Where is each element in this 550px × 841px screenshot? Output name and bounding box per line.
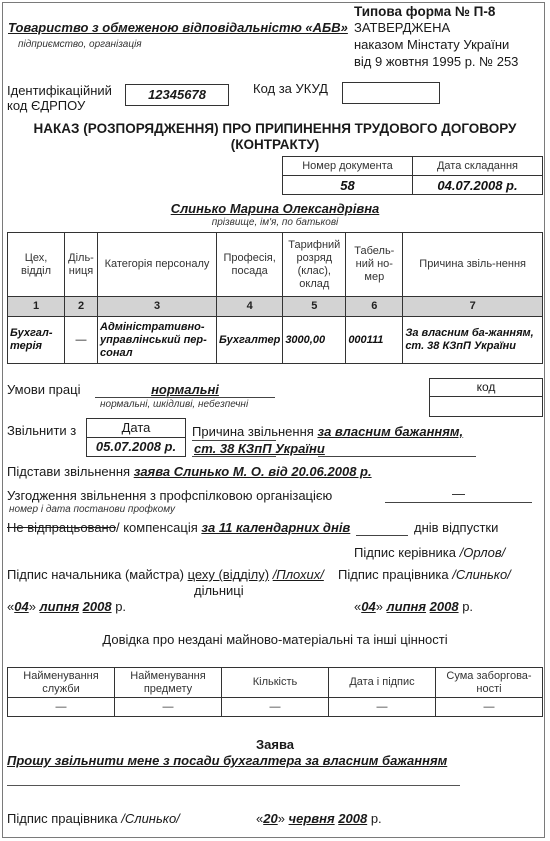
doc-info-table: Номер документа Дата складання 58 04.07.… [282,156,543,195]
ukud-field[interactable] [342,82,440,104]
cell-position[interactable]: Бухгалтер [217,317,283,364]
property-cell[interactable]: — [115,698,222,717]
header-section: Діль-ниця [65,233,98,297]
col-number: 4 [217,297,283,317]
chief-sign-unit: цеху (відділу) [188,567,269,582]
edrpou-field[interactable]: 12345678 [125,84,229,106]
order-title-line1: НАКАЗ (РОЗПОРЯДЖЕННЯ) ПРО ПРИПИНЕННЯ ТРУ… [0,121,550,136]
application-sign-value[interactable]: /Слинько/ [121,811,180,826]
property-header-service: Найменування служби [8,668,115,698]
dismiss-date-value[interactable]: 05.07.2008 р. [86,437,186,457]
chief-sign-label: Підпис начальника (майстра) [7,567,184,582]
employee-name[interactable]: Слинько Марина Олександрівна [0,201,550,216]
grounds-label: Підстави звільнення [7,464,130,479]
header-salary: Тарифний розряд (клас), оклад [283,233,346,297]
approved-by: наказом Мінстату України [354,37,509,52]
approved-date: від 9 жовтня 1995 р. № 253 [354,54,518,69]
compensation-value[interactable]: за 11 календарних днів [201,520,350,535]
chief-day[interactable]: 04 [14,599,28,614]
manager-sign-value[interactable]: /Орлов/ [460,545,506,560]
union-value[interactable]: — [385,486,532,501]
application-sign-label: Підпис працівника [7,811,118,826]
header-category: Категорія персоналу [98,233,217,297]
cell-department[interactable]: Бухгал-терія [8,317,65,364]
reason-label: Причина звільнення за власним бажанням, [192,424,463,439]
manager-sign: Підпис керівника /Орлов/ [354,545,505,560]
chief-year-suffix: р. [115,599,126,614]
cell-category[interactable]: Адміністративно-управлінський пер-сонал [98,317,217,364]
cell-tab-number[interactable]: 000111 [346,317,403,364]
grounds-value[interactable]: заява Слинько М. О. від 20.06.2008 р. [134,464,372,479]
chief-year[interactable]: 2008 [83,599,112,614]
manager-sign-label: Підпис керівника [354,545,456,560]
cell-salary[interactable]: 3000,00 [283,317,346,364]
application-year[interactable]: 2008 [338,811,367,826]
chief-sign: Підпис начальника (майстра) цеху (відділ… [7,567,324,582]
header-position: Професія, посада [217,233,283,297]
property-header-quantity: Кількість [222,668,329,698]
worker-month[interactable]: липня [387,599,426,614]
col-number: 7 [403,297,543,317]
union-caption: номер і дата постанови профкому [9,504,175,515]
code-field[interactable] [429,396,543,417]
dismiss-label: Звільнити з [7,423,76,438]
application-date: «20» червня 2008 р. [256,811,382,826]
conditions-caption: нормальні, шкідливі, небезпечні [100,399,248,410]
application-text[interactable]: Прошу звільнити мене з посади бухгалтера… [7,753,447,768]
chief-sign-unit-alt: дільниці [194,583,244,598]
col-number: 2 [65,297,98,317]
chief-month[interactable]: липня [40,599,79,614]
application-title: Заява [0,737,550,752]
cell-reason[interactable]: За власним ба-жанням, ст. 38 КЗпП Україн… [403,317,543,364]
chief-sign-value[interactable]: /Плохих/ [273,567,324,582]
ukud-label: Код за УКУД [253,81,328,96]
reason-value-line2[interactable]: ст. 38 КЗпП України [194,441,325,456]
header-tab-number: Табель-ний но-мер [346,233,403,297]
conditions-label: Умови праці [7,382,80,397]
compensation-row: Не відпрацьовано/ компенсація за 11 кале… [7,520,350,535]
edrpou-label-line1: Ідентифікаційний [7,83,112,98]
table-row: Бухгал-терія — Адміністративно-управлінс… [8,317,543,364]
worker-sign-label: Підпис працівника [338,567,449,582]
reason-value-line1[interactable]: за власним бажанням, [317,424,463,439]
property-cell[interactable]: — [222,698,329,717]
property-note-title: Довідка про нездані майново-матеріальні … [0,632,550,647]
header-department: Цех, відділ [8,233,65,297]
cell-section[interactable]: — [65,317,98,364]
edrpou-label-line2: код ЄДРПОУ [7,98,112,113]
col-number: 6 [346,297,403,317]
compensation-label: / компенсація [116,520,198,535]
table-row: — — — — — [8,698,543,717]
property-header-item: Найменування предмету [115,668,222,698]
col-number: 3 [98,297,217,317]
doc-number-value[interactable]: 58 [283,176,413,195]
property-cell[interactable]: — [436,698,543,717]
compensation-suffix: днів відпустки [414,520,498,535]
reason-label-text: Причина звільнення [192,424,314,439]
application-year-suffix: р. [371,811,382,826]
worker-year-suffix: р. [462,599,473,614]
property-table: Найменування служби Найменування предмет… [7,667,543,717]
header-reason: Причина звіль-нення [403,233,543,297]
worker-sign: Підпис працівника /Слинько/ [338,567,511,582]
property-cell[interactable]: — [329,698,436,717]
grounds-row: Підстави звільнення заява Слинько М. О. … [7,464,372,479]
worker-sign-date: «04» липня 2008 р. [354,599,473,614]
col-number: 5 [283,297,346,317]
conditions-value[interactable]: нормальні [95,382,275,397]
doc-number-header: Номер документа [283,157,413,176]
employee-caption: прізвище, ім'я, по батькові [0,217,550,228]
chief-sign-date: «04» липня 2008 р. [7,599,126,614]
application-sign: Підпис працівника /Слинько/ [7,811,180,826]
worker-year[interactable]: 2008 [430,599,459,614]
application-day[interactable]: 20 [263,811,277,826]
property-cell[interactable]: — [8,698,115,717]
approved-label: ЗАТВЕРДЖЕНА [354,20,450,36]
worker-day[interactable]: 04 [361,599,375,614]
company-name: Товариство з обмеженою відповідальністю … [8,20,348,35]
col-number: 1 [8,297,65,317]
union-label: Узгодження звільнення з профспілковою ор… [7,488,332,503]
property-header-date-sign: Дата і підпис [329,668,436,698]
code-label: код [429,378,543,397]
edrpou-label: Ідентифікаційний код ЄДРПОУ [7,83,112,113]
form-number: Типова форма № П-8 [354,4,495,19]
application-month[interactable]: червня [289,811,335,826]
company-caption: підприємство, організація [18,39,142,50]
property-header-debt: Сума заборгова-ності [436,668,543,698]
not-worked-struck: Не відпрацьовано [7,520,116,535]
employee-table: Цех, відділ Діль-ниця Категорія персонал… [7,232,543,364]
worker-sign-value[interactable]: /Слинько/ [452,567,511,582]
dismiss-date-label: Дата [86,418,186,438]
doc-date-header: Дата складання [413,157,543,176]
doc-date-value[interactable]: 04.07.2008 р. [413,176,543,195]
order-title-line2: (КОНТРАКТУ) [0,137,550,152]
